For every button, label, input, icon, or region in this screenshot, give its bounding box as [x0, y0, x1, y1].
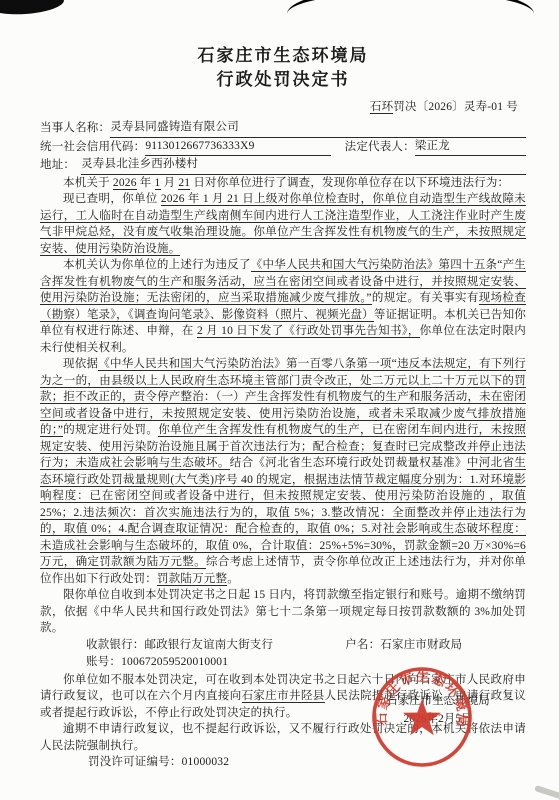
text-segment: 月: [161, 177, 179, 189]
agency-title: 石家庄市生态环境局: [40, 44, 526, 68]
bank-line: 收款银行：邮政银行友谊南大街支行户名：石家庄市财政局: [40, 637, 526, 655]
text-segment: 。: [227, 573, 239, 585]
text-segment: 法定代表人：: [345, 139, 415, 157]
seal-star-icon: [403, 699, 441, 735]
text-segment: 的规定。有关事实有: [372, 292, 479, 304]
text-segment: 石家庄市生态环境局: [198, 46, 369, 65]
text-segment: 户名：石家庄市财政局: [345, 639, 462, 651]
facts-paragraph: 现已查明，你单位 2026 年 1 月 21 日上级对你单位检查时，你单位自动造…: [40, 191, 526, 257]
investigation-intro: 本机关于 2026 年 1 月 21 日对你单位进行了调查，发现你单位存在以下环…: [40, 175, 526, 192]
text-segment: 灵寿县同盛铸造有限公司: [110, 119, 239, 138]
text-segment: 石家庄市井陉县: [242, 690, 325, 703]
document-number: 石环罚决〔2026〕灵寿-01 号: [40, 97, 526, 117]
text-segment: 石环: [370, 101, 393, 114]
text-segment: 2026: [113, 177, 137, 190]
text-segment: 地址：: [40, 157, 75, 175]
penalty-basis-paragraph: 现依据《中华人民共和国大气污染防治法》第一百零八条第一项“违反本法规定，有下列行…: [40, 356, 526, 587]
text-segment: 当事人名称：: [40, 120, 110, 138]
text-segment: 罚决〔2026〕灵寿-01 号: [393, 101, 518, 113]
text-segment: 收款银行：邮政银行友谊南大街支行: [86, 639, 273, 651]
address-line: 地址：灵寿县北洼乡西孙楼村: [40, 156, 526, 175]
blank-fill-rule: [450, 155, 526, 156]
penalty-decision-document: 石家庄市生态环境局行政处罚决定书石环罚决〔2026〕灵寿-01 号当事人名称：灵…: [0, 0, 559, 800]
scan-artifact-top-left: [0, 0, 65, 17]
party-name-line: 当事人名称：灵寿县同盛铸造有限公司: [40, 119, 526, 138]
text-segment: 的规定进行处罚。: [63, 424, 158, 436]
text-segment: 21: [178, 177, 190, 190]
text-segment: 日对你单位进行了调查，发现你单位存在以下环境违法行为：: [190, 177, 509, 189]
scan-artifact-bottom-right: [534, 785, 559, 800]
blank-fill-rule: [239, 137, 526, 138]
violation-paragraph: 本机关认为你单位的上述行为违反了《中华人民共和国大气污染防治法》第四十五条“产生…: [40, 257, 526, 356]
text-segment: 统一社会信用代码：: [40, 139, 145, 157]
text-segment: 9113012667736333X9: [145, 138, 254, 157]
text-segment: 现依据: [63, 358, 98, 370]
scan-artifact-top-arc: [287, 0, 534, 14]
text-segment: 本机关于: [63, 177, 113, 189]
text-segment: 结合《河北省生态环境行政处罚裁量权基准》: [230, 457, 467, 469]
text-segment: 灵寿县北洼乡西孙楼村: [81, 156, 198, 175]
blank-fill-rule: [255, 155, 331, 156]
text-segment: 罚没许可证编号：01000032: [88, 756, 229, 768]
text-segment: 本机关认为你单位的上述行为违反了: [63, 259, 251, 271]
text-segment: 行政处罚决定书: [217, 70, 350, 89]
text-segment: 年: [137, 177, 155, 189]
payment-deadline-paragraph: 限你单位自收到本处罚决定书之日起 15 日内，将罚款缴至指定银行和账号。逾期不缴…: [40, 587, 526, 637]
credit-code-line: 统一社会信用代码：9113012667736333X9法定代表人：梁正龙: [40, 138, 526, 157]
text-segment: 中河北省生态环境行政处罚裁量规则(大气类)序号 40 的规定，根据违法情节裁定幅…: [40, 457, 526, 569]
document-title: 行政处罚决定书: [40, 68, 526, 92]
document-body: 石家庄市生态环境局行政处罚决定书石环罚决〔2026〕灵寿-01 号当事人名称：灵…: [40, 44, 526, 771]
text-segment: 账号：100672059520010001: [86, 656, 228, 668]
official-seal: 石家庄市生态环境局: [369, 664, 475, 770]
text-segment: 现已查明，你单位: [63, 193, 161, 205]
text-segment: 罚款陆万元整: [157, 573, 227, 586]
text-segment: 限你单位自收到本处罚决定书之日起 15 日内，将罚款缴至指定银行和账号。逾期不缴…: [40, 589, 526, 634]
text-segment: 2 月 10 日下发了《行政处罚事先告知书》，: [197, 325, 420, 338]
text-segment: 梁正龙: [415, 138, 450, 157]
